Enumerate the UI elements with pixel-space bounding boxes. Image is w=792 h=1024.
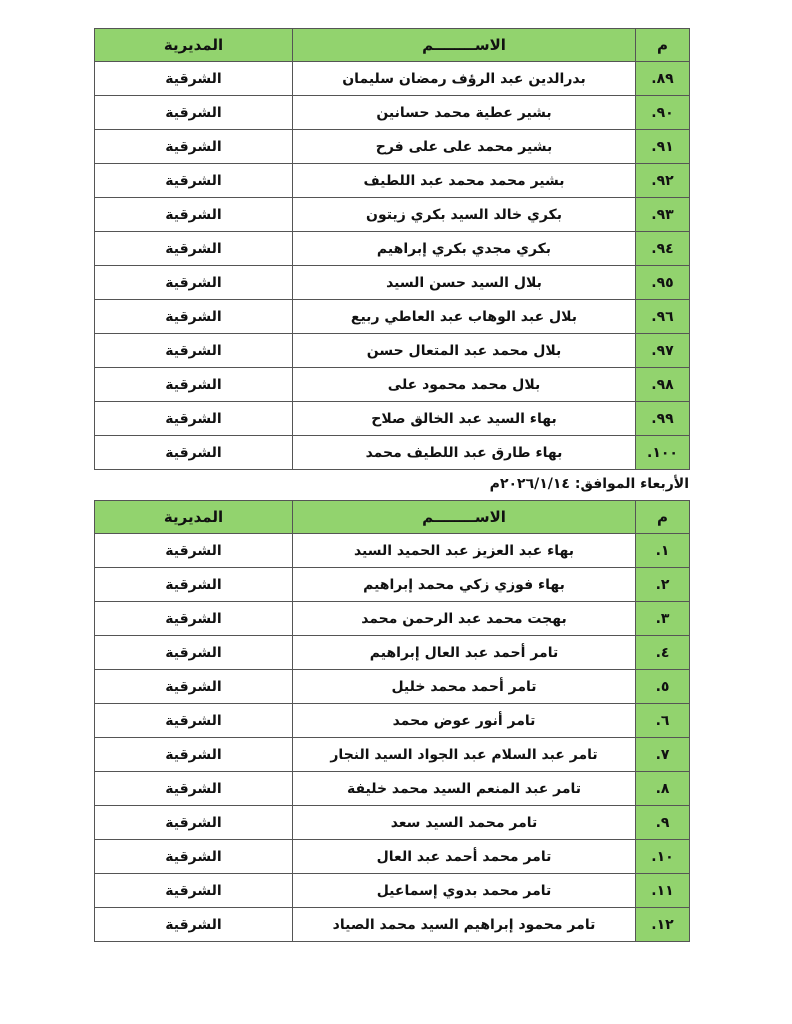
- row-name: بلال محمد محمود على: [293, 368, 636, 402]
- table-row: ١٠٠.بهاء طارق عبد اللطيف محمدالشرقية: [95, 436, 690, 470]
- row-directorate: الشرقية: [95, 198, 293, 232]
- table-row: ١.بهاء عبد العزيز عبد الحميد السيدالشرقي…: [95, 534, 690, 568]
- row-directorate: الشرقية: [95, 436, 293, 470]
- row-number: ٩٣.: [636, 198, 690, 232]
- row-directorate: الشرقية: [95, 568, 293, 602]
- table-row: ١١.تامر محمد بدوي إسماعيلالشرقية: [95, 874, 690, 908]
- table-row: ٩٦.بلال عبد الوهاب عبد العاطي ربيعالشرقي…: [95, 300, 690, 334]
- table-row: ٥.تامر أحمد محمد خليلالشرقية: [95, 670, 690, 704]
- roster-table-2: م الاســــــــم المديرية ١.بهاء عبد العز…: [94, 500, 690, 942]
- row-name: تامر أحمد محمد خليل: [293, 670, 636, 704]
- header-row: م الاســــــــم المديرية: [95, 501, 690, 534]
- table-row: ٦.تامر أنور عوض محمدالشرقية: [95, 704, 690, 738]
- table-row: ٧.تامر عبد السلام عبد الجواد السيد النجا…: [95, 738, 690, 772]
- table-row: ٩٣.بكري خالد السيد بكري زيتونالشرقية: [95, 198, 690, 232]
- row-name: بكري مجدي بكري إبراهيم: [293, 232, 636, 266]
- row-name: بهجت محمد عبد الرحمن محمد: [293, 602, 636, 636]
- row-number: ١.: [636, 534, 690, 568]
- roster-table-1: م الاســــــــم المديرية ٨٩.بدرالدين عبد…: [94, 28, 690, 470]
- table-row: ٩٤.بكري مجدي بكري إبراهيمالشرقية: [95, 232, 690, 266]
- table-row: ٩٧.بلال محمد عبد المتعال حسنالشرقية: [95, 334, 690, 368]
- row-directorate: الشرقية: [95, 130, 293, 164]
- row-name: تامر عبد السلام عبد الجواد السيد النجار: [293, 738, 636, 772]
- row-name: بلال محمد عبد المتعال حسن: [293, 334, 636, 368]
- table-row: ٩٥.بلال السيد حسن السيدالشرقية: [95, 266, 690, 300]
- table-row: ٩٠.بشير عطية محمد حسانينالشرقية: [95, 96, 690, 130]
- row-directorate: الشرقية: [95, 670, 293, 704]
- header-directorate: المديرية: [95, 501, 293, 534]
- row-directorate: الشرقية: [95, 266, 293, 300]
- header-row: م الاســــــــم المديرية: [95, 29, 690, 62]
- table-row: ٩٢.بشير محمد محمد عبد اللطيفالشرقية: [95, 164, 690, 198]
- row-directorate: الشرقية: [95, 738, 293, 772]
- row-directorate: الشرقية: [95, 636, 293, 670]
- row-directorate: الشرقية: [95, 368, 293, 402]
- row-directorate: الشرقية: [95, 772, 293, 806]
- row-name: تامر محمد بدوي إسماعيل: [293, 874, 636, 908]
- row-number: ٢.: [636, 568, 690, 602]
- row-name: بهاء السيد عبد الخالق صلاح: [293, 402, 636, 436]
- row-name: تامر محمود إبراهيم السيد محمد الصياد: [293, 908, 636, 942]
- row-name: تامر عبد المنعم السيد محمد خليفة: [293, 772, 636, 806]
- row-directorate: الشرقية: [95, 62, 293, 96]
- row-number: ٦.: [636, 704, 690, 738]
- row-directorate: الشرقية: [95, 300, 293, 334]
- header-num: م: [636, 501, 690, 534]
- row-directorate: الشرقية: [95, 164, 293, 198]
- row-directorate: الشرقية: [95, 908, 293, 942]
- table-row: ٢.بهاء فوزي زكي محمد إبراهيمالشرقية: [95, 568, 690, 602]
- row-name: بلال عبد الوهاب عبد العاطي ربيع: [293, 300, 636, 334]
- row-number: ٤.: [636, 636, 690, 670]
- row-name: بلال السيد حسن السيد: [293, 266, 636, 300]
- header-name: الاســــــــم: [293, 501, 636, 534]
- row-directorate: الشرقية: [95, 806, 293, 840]
- row-directorate: الشرقية: [95, 96, 293, 130]
- date-line: الأربعاء الموافق: ٢٠٢٦/١/١٤م: [94, 476, 689, 492]
- row-directorate: الشرقية: [95, 874, 293, 908]
- row-number: ٩٥.: [636, 266, 690, 300]
- row-number: ٩.: [636, 806, 690, 840]
- table-row: ٩٩.بهاء السيد عبد الخالق صلاحالشرقية: [95, 402, 690, 436]
- row-number: ٩٨.: [636, 368, 690, 402]
- row-name: تامر محمد أحمد عبد العال: [293, 840, 636, 874]
- row-number: ٩٩.: [636, 402, 690, 436]
- row-name: بشير محمد محمد عبد اللطيف: [293, 164, 636, 198]
- row-number: ٨٩.: [636, 62, 690, 96]
- header-directorate: المديرية: [95, 29, 293, 62]
- row-name: تامر أنور عوض محمد: [293, 704, 636, 738]
- row-number: ٩٠.: [636, 96, 690, 130]
- table-row: ٩٨.بلال محمد محمود علىالشرقية: [95, 368, 690, 402]
- row-number: ٩٤.: [636, 232, 690, 266]
- row-number: ١٠.: [636, 840, 690, 874]
- row-name: بدرالدين عبد الرؤف رمضان سليمان: [293, 62, 636, 96]
- row-number: ٩٢.: [636, 164, 690, 198]
- table-row: ٨٩.بدرالدين عبد الرؤف رمضان سليمانالشرقي…: [95, 62, 690, 96]
- row-number: ١٢.: [636, 908, 690, 942]
- row-name: بشير محمد على على فرح: [293, 130, 636, 164]
- row-name: بشير عطية محمد حسانين: [293, 96, 636, 130]
- header-name: الاســــــــم: [293, 29, 636, 62]
- row-name: بكري خالد السيد بكري زيتون: [293, 198, 636, 232]
- row-name: بهاء فوزي زكي محمد إبراهيم: [293, 568, 636, 602]
- table-row: ١٠.تامر محمد أحمد عبد العالالشرقية: [95, 840, 690, 874]
- table-row: ٤.تامر أحمد عبد العال إبراهيمالشرقية: [95, 636, 690, 670]
- row-directorate: الشرقية: [95, 840, 293, 874]
- row-number: ١١.: [636, 874, 690, 908]
- table-row: ٨.تامر عبد المنعم السيد محمد خليفةالشرقي…: [95, 772, 690, 806]
- row-number: ١٠٠.: [636, 436, 690, 470]
- row-name: تامر محمد السيد سعد: [293, 806, 636, 840]
- row-name: بهاء طارق عبد اللطيف محمد: [293, 436, 636, 470]
- row-number: ٩٧.: [636, 334, 690, 368]
- row-number: ٩١.: [636, 130, 690, 164]
- row-number: ٨.: [636, 772, 690, 806]
- row-number: ٥.: [636, 670, 690, 704]
- table-row: ٩١.بشير محمد على على فرحالشرقية: [95, 130, 690, 164]
- row-number: ٣.: [636, 602, 690, 636]
- row-number: ٧.: [636, 738, 690, 772]
- row-name: بهاء عبد العزيز عبد الحميد السيد: [293, 534, 636, 568]
- row-name: تامر أحمد عبد العال إبراهيم: [293, 636, 636, 670]
- row-directorate: الشرقية: [95, 334, 293, 368]
- row-directorate: الشرقية: [95, 534, 293, 568]
- row-directorate: الشرقية: [95, 704, 293, 738]
- table-row: ١٢.تامر محمود إبراهيم السيد محمد الصيادا…: [95, 908, 690, 942]
- header-num: م: [636, 29, 690, 62]
- row-directorate: الشرقية: [95, 232, 293, 266]
- row-directorate: الشرقية: [95, 402, 293, 436]
- row-directorate: الشرقية: [95, 602, 293, 636]
- row-number: ٩٦.: [636, 300, 690, 334]
- table-row: ٣.بهجت محمد عبد الرحمن محمدالشرقية: [95, 602, 690, 636]
- table-row: ٩.تامر محمد السيد سعدالشرقية: [95, 806, 690, 840]
